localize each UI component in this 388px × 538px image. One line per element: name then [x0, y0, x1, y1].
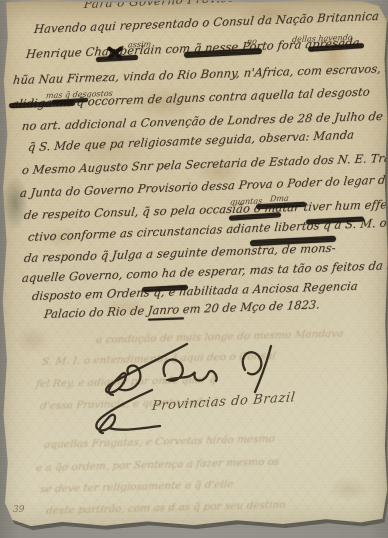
body-line: o Mesmo Augusto Snr pela Secretaria de E…: [21, 149, 388, 177]
ink-blot: [104, 42, 126, 64]
interlinear-insertion: assim: [128, 40, 152, 50]
paper-stain: [328, 476, 370, 502]
page-number: 39: [13, 505, 24, 515]
paper-stain: [16, 326, 50, 354]
body-line: Havendo aqui representado o Consul da Na…: [33, 9, 379, 36]
body-line: hũa Nau Firmeza, vinda do Rio Bonny, n'A…: [12, 61, 388, 88]
bleedthrough-line: se deve ter religiosamente o q̃ d'elle: [39, 478, 234, 495]
interlinear-insertion: no: [247, 37, 258, 46]
bleedthrough-line: e a q̃o ordem, por Sentença a fazer mesm…: [35, 456, 280, 474]
manuscript-page: a condução de mais longe do mesmo Mandav…: [0, 0, 388, 538]
ink-underline: [148, 317, 184, 320]
bleedthrough-line: deste partirão, com as d.as q̃ por seu d…: [45, 499, 286, 517]
header-title: Para o Governo Provisorio de Pernambuco: [83, 0, 358, 11]
photo-backdrop: a condução de mais longe do mesmo Mandav…: [0, 0, 388, 538]
